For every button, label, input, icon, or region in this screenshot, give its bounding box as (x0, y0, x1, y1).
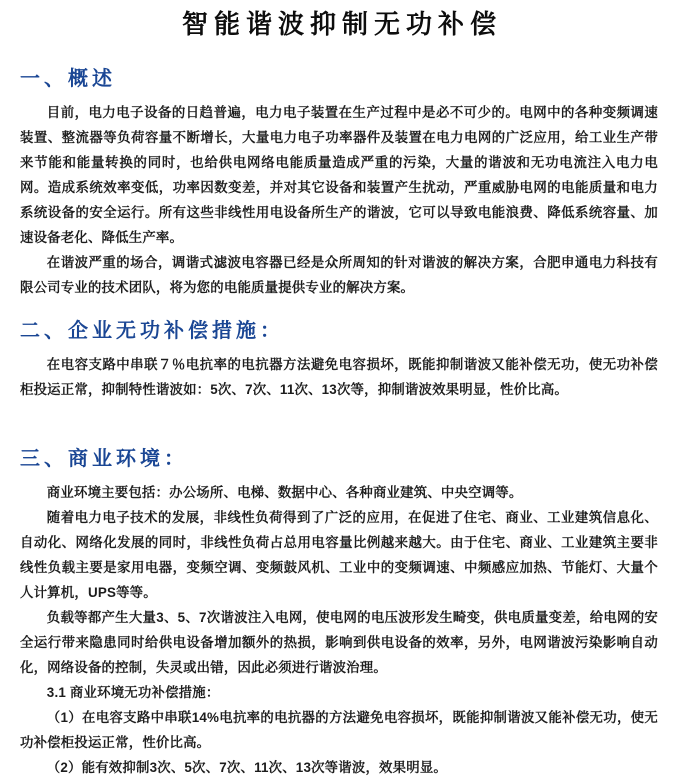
section-heading-commercial-environment: 三、商业环境： (20, 446, 658, 472)
enterprise-compensation-paragraph: 在电容支路中串联７％电抗率的电抗器方法避免电容损坏，既能抑制谐波又能补偿无功，使… (20, 352, 658, 402)
doc-title: 智能谐波抑制无功补偿 (20, 8, 658, 40)
overview-paragraph-2: 在谐波严重的场合，调谐式滤波电容器已经是众所周知的针对谐波的解决方案，合肥申通电… (20, 250, 658, 300)
subsection-title-3-1: 3.1 商业环境无功补偿措施： (20, 680, 658, 705)
subsection-item-2: （2）能有效抑制3次、5次、7次、11次、13次等谐波，效果明显。 (20, 755, 658, 777)
commercial-environment-paragraph-1: 商业环境主要包括：办公场所、电梯、数据中心、各种商业建筑、中央空调等。 (20, 480, 658, 505)
subsection-item-1: （1）在电容支路中串联14%电抗率的电抗器的方法避免电容损坏，既能抑制谐波又能补… (20, 705, 658, 755)
commercial-environment-paragraph-3: 负载等都产生大量3、5、7次谐波注入电网，使电网的电压波形发生畸变，供电质量变差… (20, 605, 658, 680)
document-page: 智能谐波抑制无功补偿 一、概述 目前，电力电子设备的日趋普遍，电力电子装置在生产… (0, 0, 680, 777)
commercial-environment-paragraph-2: 随着电力电子技术的发展，非线性负荷得到了广泛的应用，在促进了住宅、商业、工业建筑… (20, 505, 658, 605)
section-heading-enterprise-compensation: 二、企业无功补偿措施： (20, 318, 658, 344)
overview-paragraph-1: 目前，电力电子设备的日趋普遍，电力电子装置在生产过程中是必不可少的。电网中的各种… (20, 100, 658, 250)
section-heading-overview: 一、概述 (20, 66, 658, 92)
